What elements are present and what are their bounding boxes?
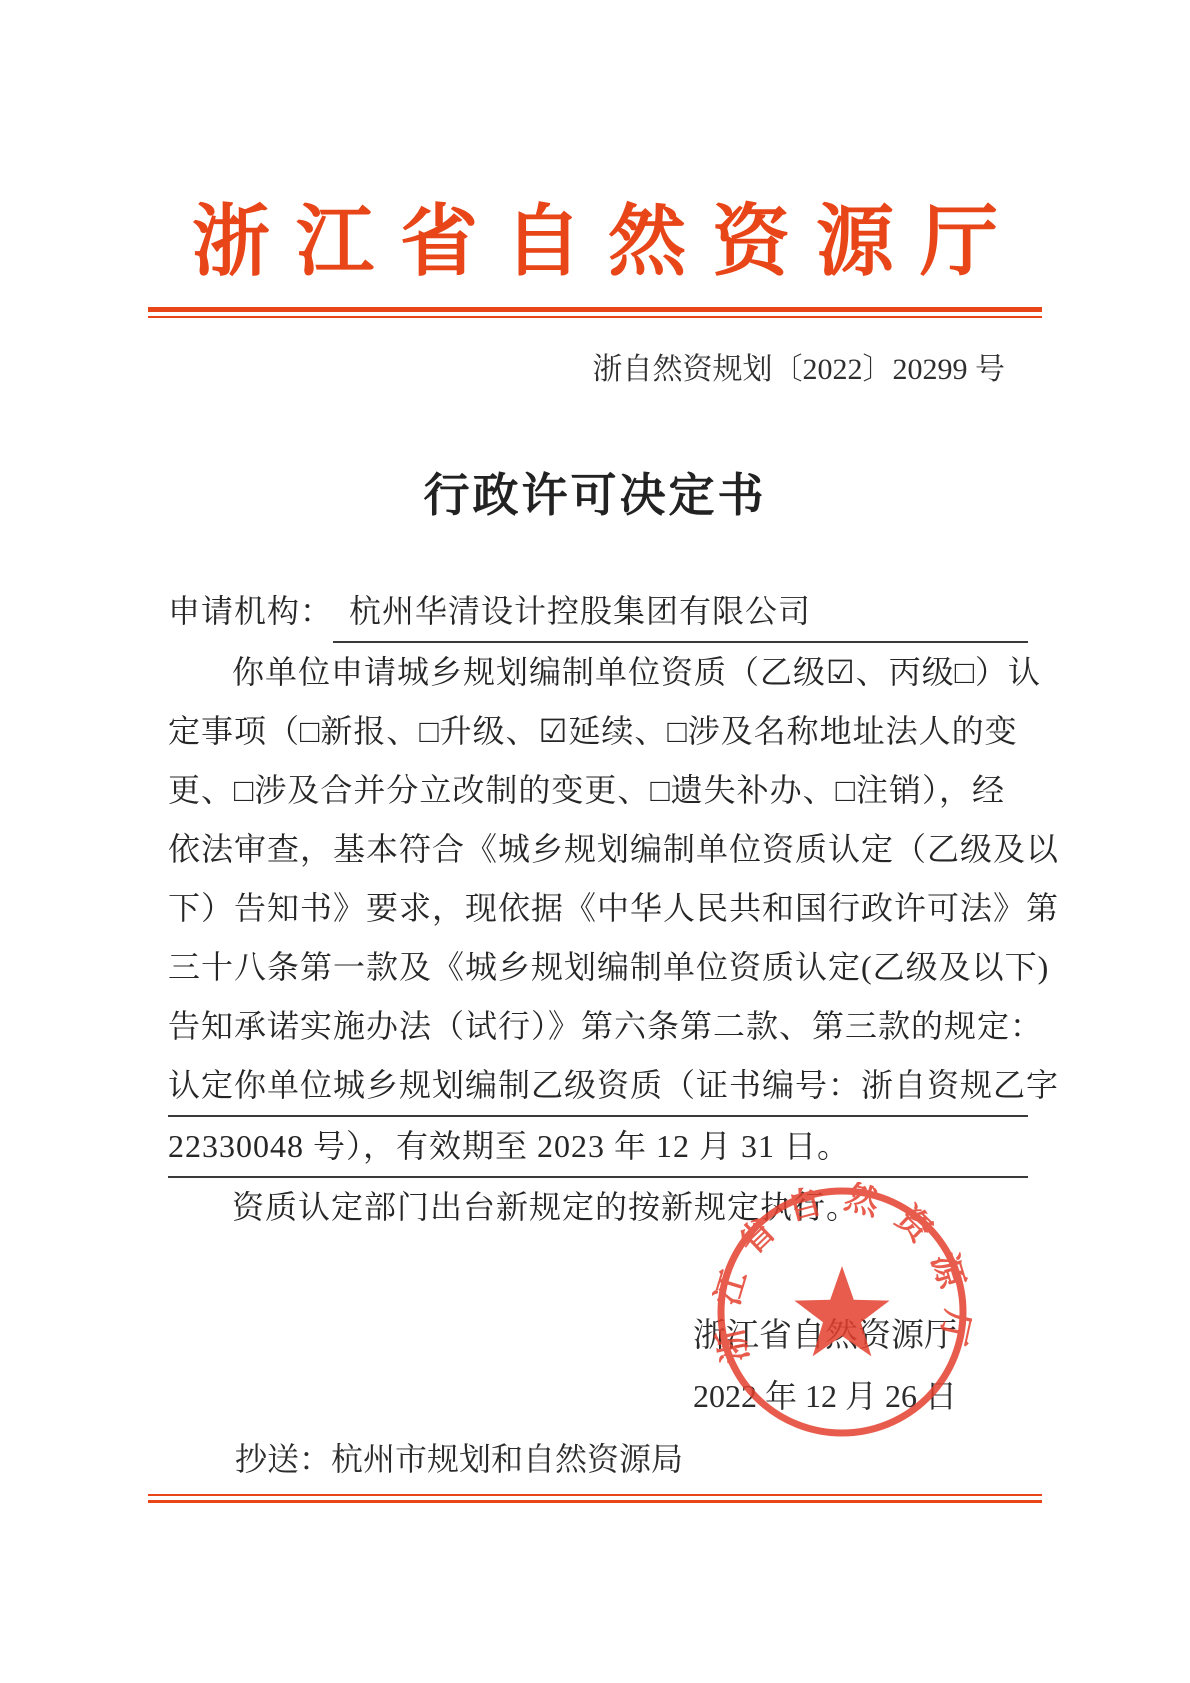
page-title: 行政许可决定书	[0, 465, 1190, 527]
body-line: 下）告知书》要求，现依据《中华人民共和国行政许可法》第	[168, 879, 1028, 938]
body-line: 三十八条第一款及《城乡规划编制单位资质认定(乙级及以下)	[168, 938, 1028, 997]
body-line: 依法审查，基本符合《城乡规划编制单位资质认定（乙级及以	[168, 820, 1028, 879]
applicant-label: 申请机构：	[168, 582, 333, 643]
body-line-certificate: 认定你单位城乡规划编制乙级资质（证书编号：浙自资规乙字	[168, 1056, 1028, 1117]
document-page: 浙江省自然资源厅 浙自然资规划〔2022〕20299 号 行政许可决定书 申请机…	[0, 0, 1190, 1683]
signature-block: 浙江省自然资源厅 2022 年 12 月 26 日	[655, 1306, 995, 1426]
body-line: 定事项（□新报、□升级、☑延续、□涉及名称地址法人的变	[168, 702, 1028, 761]
cc-line: 抄送：杭州市规划和自然资源局	[235, 1434, 1190, 1484]
body-line: 资质认定部门出台新规定的按新规定执行。	[168, 1178, 1028, 1237]
body-line: 更、□涉及合并分立改制的变更、□遗失补办、□注销），经	[168, 761, 1028, 820]
body-line: 告知承诺实施办法（试行）》第六条第二款、第三款的规定：	[168, 997, 1028, 1056]
footer-double-rule	[148, 1494, 1042, 1503]
applicant-value: 杭州华清设计控股集团有限公司	[333, 582, 1028, 643]
signature-authority: 浙江省自然资源厅	[655, 1306, 995, 1366]
body-line: 你单位申请城乡规划编制单位资质（乙级☑、丙级□）认	[168, 643, 1028, 702]
applicant-line: 申请机构： 杭州华清设计控股集团有限公司	[168, 582, 1028, 643]
document-body: 申请机构： 杭州华清设计控股集团有限公司 你单位申请城乡规划编制单位资质（乙级☑…	[168, 582, 1028, 1237]
body-line-validity: 22330048 号），有效期至 2023 年 12 月 31 日。	[168, 1117, 1028, 1178]
signature-date: 2022 年 12 月 26 日	[655, 1366, 995, 1426]
letterhead-title: 浙江省自然资源厅	[0, 196, 1190, 288]
header-double-rule	[148, 307, 1042, 318]
doc-number: 浙自然资规划〔2022〕20299 号	[0, 348, 1190, 392]
